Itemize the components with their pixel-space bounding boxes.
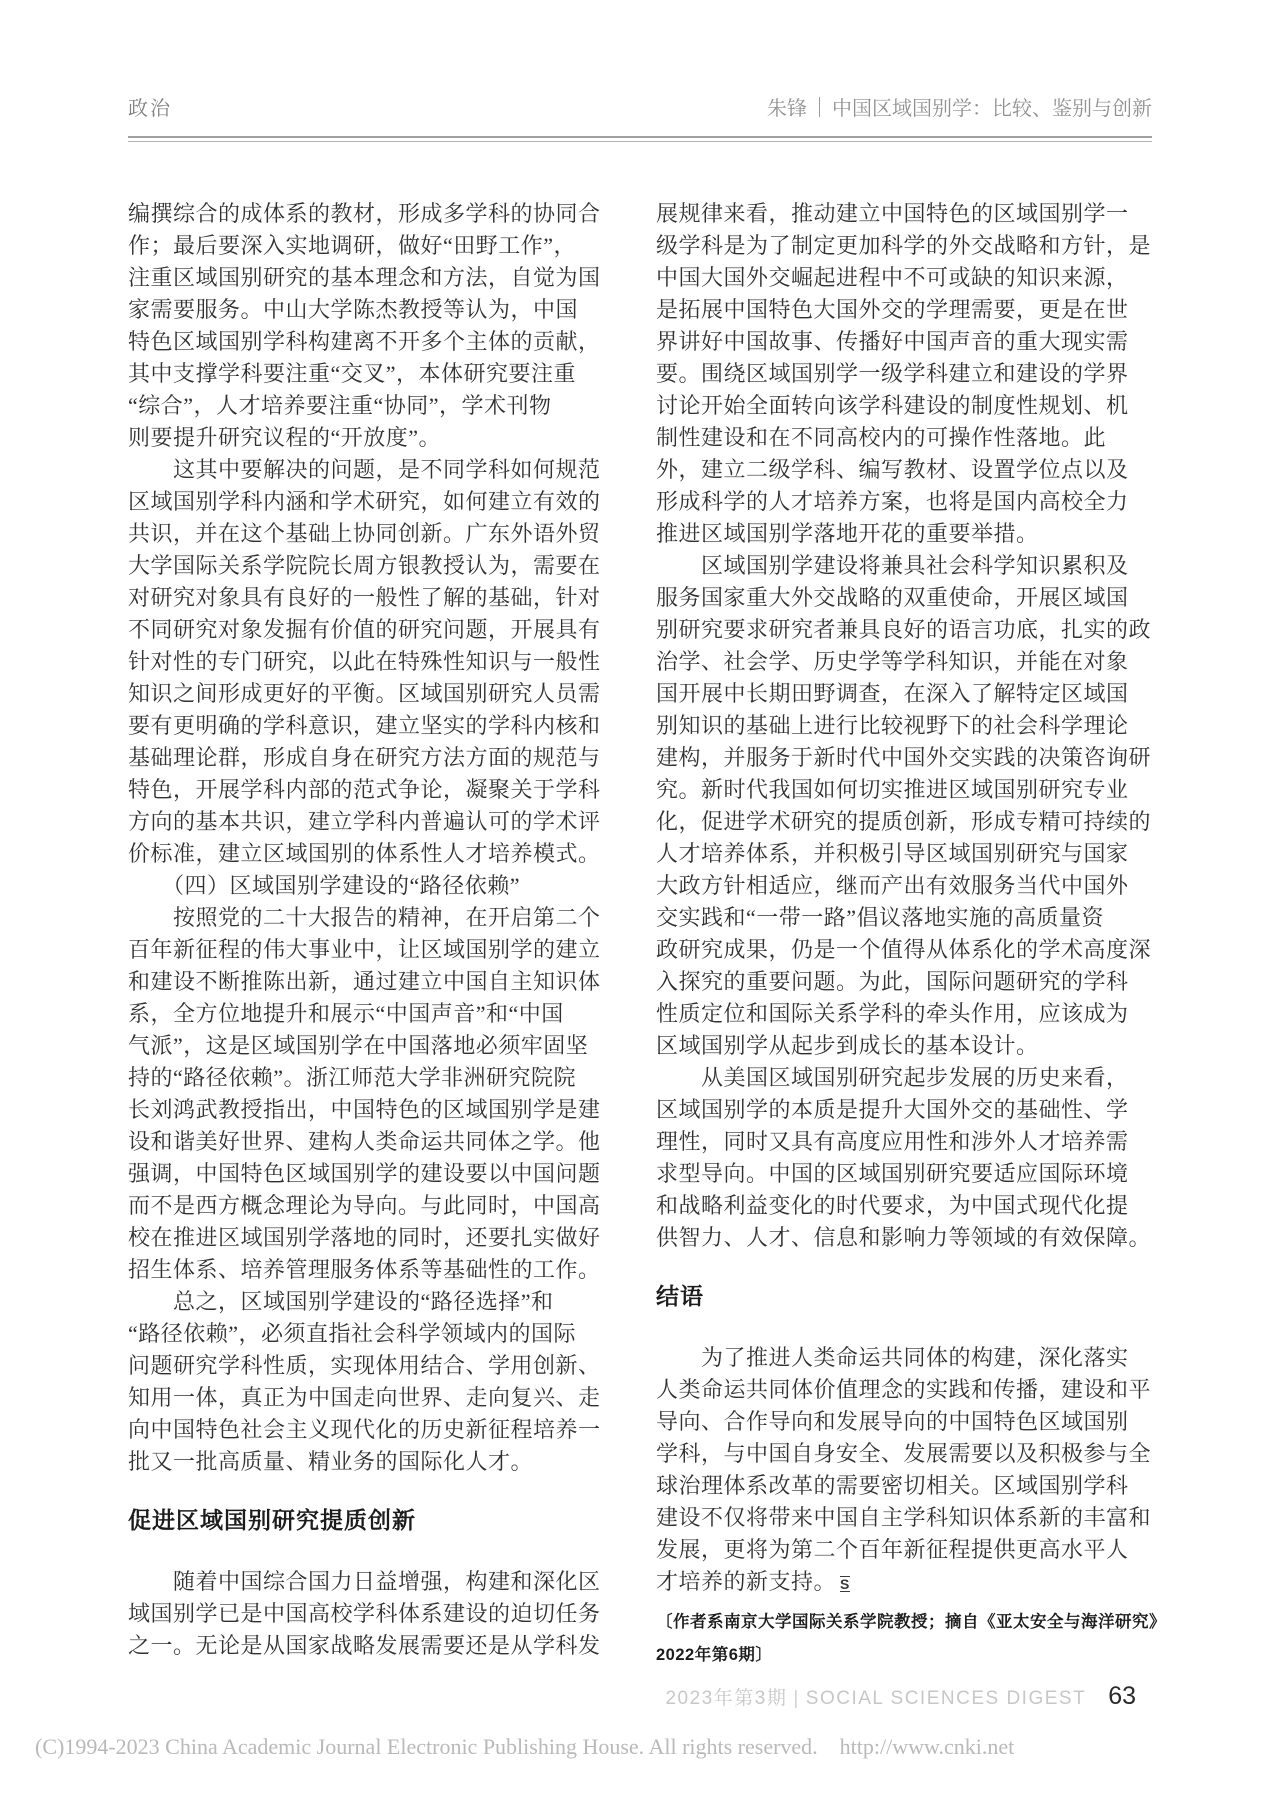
journal-page: 政治 朱锋 中国区域国别学：比较、鉴别与创新 编撰综合的成体系的教材，形成多学科…	[0, 0, 1280, 1795]
paragraph: 总之，区域国别学建设的“路径选择”和 “路径依赖”，必须直指社会科学领域内的国际…	[128, 1286, 628, 1478]
paragraph: 按照党的二十大报告的精神，在开启第二个 百年新征程的伟大事业中，让区域国别学的建…	[128, 902, 628, 1286]
footer-journal-name: SOCIAL SCIENCES DIGEST	[806, 1688, 1086, 1709]
paragraph: 区域国别学建设将兼具社会科学知识累积及 服务国家重大外交战略的双重使命，开展区域…	[656, 550, 1156, 1062]
footer-issue: 2023年第3期	[665, 1688, 787, 1709]
paragraph: 这其中要解决的问题，是不同学科如何规范 区域国别学科内涵和学术研究，如何建立有效…	[128, 454, 628, 870]
paragraph: 展规律来看，推动建立中国特色的区域国别学一 级学科是为了制定更加科学的外交战略和…	[656, 198, 1156, 550]
header-rule	[128, 136, 1152, 142]
section-heading: 促进区域国别研究提质创新	[128, 1504, 628, 1536]
column-right: 展规律来看，推动建立中国特色的区域国别学一 级学科是为了制定更加科学的外交战略和…	[656, 198, 1156, 1672]
header-article-title: 中国区域国别学：比较、鉴别与创新	[832, 92, 1152, 121]
paragraph: 从美国区域国别研究起步发展的历史来看， 区域国别学的本质是提升大国外交的基础性、…	[656, 1062, 1156, 1254]
column-left: 编撰综合的成体系的教材，形成多学科的协同合 作；最后要深入实地调研，做好“田野工…	[128, 198, 628, 1662]
paragraph: 随着中国综合国力日益增强，构建和深化区 域国别学已是中国高校学科体系建设的迫切任…	[128, 1566, 628, 1662]
page-footer: 2023年第3期|SOCIAL SCIENCES DIGEST 63	[660, 1682, 1136, 1711]
footer-page-number: 63	[1108, 1682, 1136, 1711]
paragraph: 编撰综合的成体系的教材，形成多学科的协同合 作；最后要深入实地调研，做好“田野工…	[128, 198, 628, 454]
article-end-icon: S	[840, 1576, 850, 1592]
paragraph: （四）区域国别学建设的“路径依赖”	[128, 870, 628, 902]
footer-issue-journal: 2023年第3期|SOCIAL SCIENCES DIGEST	[665, 1683, 1086, 1710]
paragraph: 为了推进人类命运共同体的构建，深化落实 人类命运共同体价值理念的实践和传播，建设…	[656, 1342, 1156, 1598]
page-header: 政治 朱锋 中国区域国别学：比较、鉴别与创新	[128, 92, 1152, 121]
header-article-ref: 朱锋 中国区域国别学：比较、鉴别与创新	[767, 92, 1152, 121]
copyright-line: (C)1994-2023 China Academic Journal Elec…	[35, 1734, 1255, 1760]
section-heading: 结语	[656, 1280, 1156, 1312]
header-section-label: 政治	[128, 92, 172, 121]
header-author: 朱锋	[767, 92, 807, 121]
author-note: 〔作者系南京大学国际关系学院教授；摘自《亚太安全与海洋研究》 2022年第6期〕	[656, 1606, 1156, 1672]
header-divider	[819, 97, 820, 117]
footer-bar: |	[787, 1688, 805, 1709]
